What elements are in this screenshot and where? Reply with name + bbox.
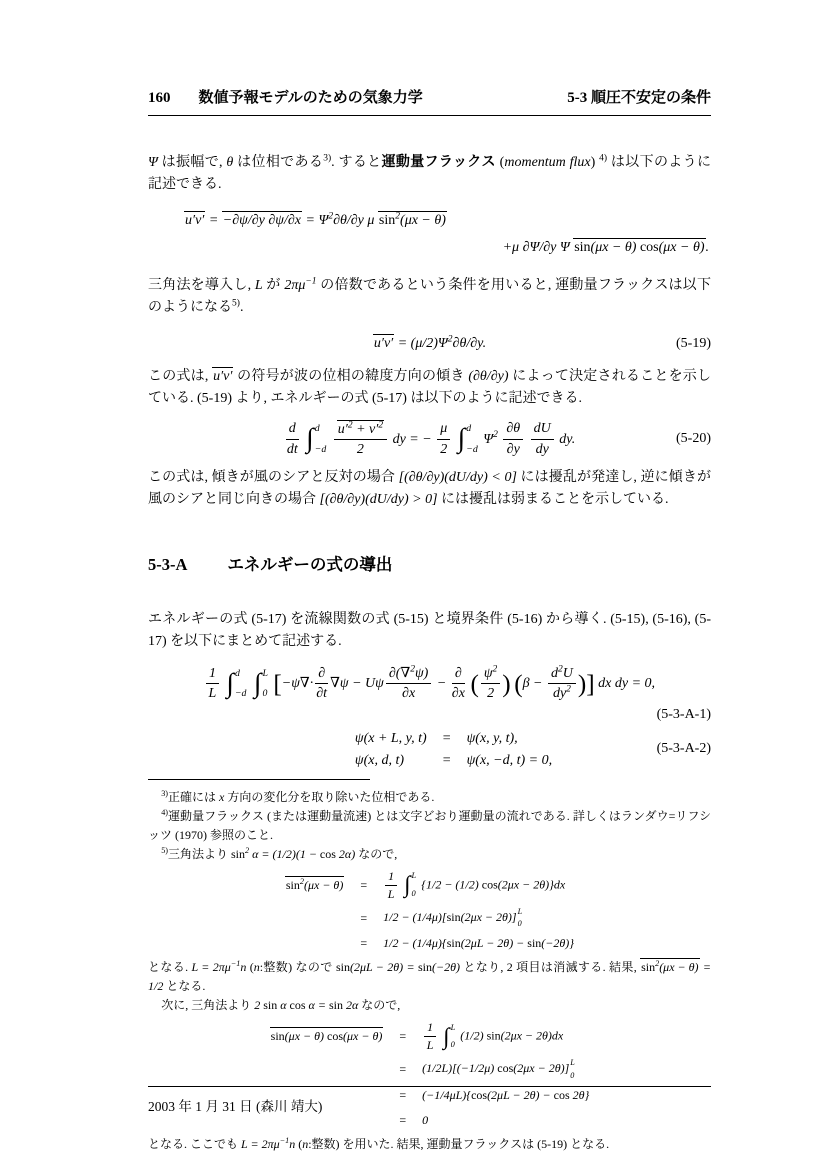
equation-5-3-A-2: ψ(x + L, y, t) = ψ(x, y, t), ψ(x, d, t) …	[148, 731, 711, 769]
equation-line-1: u′v′ = −∂ψ/∂y ∂ψ/∂x = Ψ2∂θ/∂y μ sin2(μx …	[148, 208, 711, 235]
paragraph-shear-interpretation: この式は, 傾きが風のシアと反対の場合 [(∂θ/∂y)(dU/dy) < 0]…	[148, 467, 711, 511]
equals-sign: =	[360, 876, 367, 895]
eq-rhs: 1/2 − (1/4μ)[sin(2μx − 2θ)]L0	[383, 908, 522, 928]
footnote-5-text-3: 次に, 三角法より 2 sin α cos α = sin 2α なので,	[148, 996, 711, 1015]
equation-5-20-body: ddt ∫d−d u′2 + v′22 dy = − μ2 ∫d−d Ψ2 ∂θ…	[148, 420, 711, 459]
section-heading: 5-3-A エネルギーの式の導出	[148, 551, 711, 575]
eq-lhs: sin(μx − θ) cos(μx − θ)	[270, 1027, 384, 1046]
eq-lhs: ψ(x, d, t)	[355, 753, 404, 769]
equation-5-19: u′v′ = (μ/2)Ψ2∂θ/∂y. (5-19)	[148, 333, 711, 355]
footnote-4: 4)運動量フラックス (または運動量流速) とは文字どおり運動量の流れである. …	[148, 807, 711, 845]
header-chapter-title: 数値予報モデルのための気象力学	[199, 86, 423, 107]
eq-rhs: 1/2 − (1/4μ){sin(2μL − 2θ) − sin(−2θ)}	[383, 934, 574, 953]
eq-rhs: 1L ∫L0 {1/2 − (1/2) cos(2μx − 2θ)}dx	[383, 869, 565, 902]
fn5-eq1-rows: sin2(μx − θ) = 1L ∫L0 {1/2 − (1/2) cos(2…	[148, 869, 711, 953]
page-footer: 2003 年 1 月 31 日 (森川 靖大)	[148, 1086, 711, 1115]
equals-sign: =	[443, 731, 451, 747]
paragraph-intro: Ψ は振幅で, θ は位相である3). すると運動量フラックス (momentu…	[148, 152, 711, 196]
equation-line-2: +μ ∂Ψ/∂y Ψ sin(μx − θ) cos(μx − θ).	[148, 235, 711, 262]
equation-number-5-19: (5-19)	[676, 336, 711, 352]
paragraph-derivation-intro: エネルギーの式 (5-17) を流線関数の式 (5-15) と境界条件 (5-1…	[148, 609, 711, 653]
equation-5-3-A-1: 1L ∫d−d ∫L0 [−ψ∇·∂∂t∇ψ − Uψ∂(∇2ψ)∂x − ∂∂…	[148, 665, 711, 703]
equals-sign: =	[399, 1027, 406, 1046]
page-content: 160 数値予報モデルのための気象力学 5-3 順圧不安定の条件 Ψ は振幅で,…	[148, 0, 711, 1154]
header-left: 160 数値予報モデルのための気象力学	[148, 86, 423, 107]
equals-sign: =	[360, 934, 367, 953]
running-header: 160 数値予報モデルのための気象力学 5-3 順圧不安定の条件	[148, 86, 711, 116]
equation-5-19-body: u′v′ = (μ/2)Ψ2∂θ/∂y.	[148, 333, 711, 355]
footer-date-author: 2003 年 1 月 31 日 (森川 靖大)	[148, 1099, 322, 1114]
section-title: エネルギーの式の導出	[227, 551, 392, 575]
page-number: 160	[148, 90, 171, 107]
footnote-5-text-2: となる. L = 2πμ−1n (n:整数) なので sin(2μL − 2θ)…	[148, 958, 711, 996]
footnote-5-derivation-1: sin2(μx − θ) = 1L ∫L0 {1/2 − (1/2) cos(2…	[148, 869, 711, 953]
section-number: 5-3-A	[148, 555, 187, 575]
equals-sign: =	[399, 1060, 406, 1079]
eq-rhs: 1L ∫L0 (1/2) sin(2μx − 2θ)dx	[422, 1020, 563, 1053]
equals-sign: =	[443, 753, 451, 769]
footnote-rule	[148, 779, 370, 780]
footnote-5-intro: 5)三角法より sin2 α = (1/2)(1 − cos 2α) なので,	[148, 845, 711, 864]
eq-rhs: ψ(x, y, t),	[467, 731, 518, 747]
eq-rhs: (1/2L)[(−1/2μ) cos(2μx − 2θ)]L0	[422, 1059, 575, 1079]
equation-number-5-20: (5-20)	[676, 431, 711, 447]
equation-5-20: ddt ∫d−d u′2 + v′22 dy = − μ2 ∫d−d Ψ2 ∂θ…	[148, 420, 711, 459]
equation-momentum-flux: u′v′ = −∂ψ/∂y ∂ψ/∂x = Ψ2∂θ/∂y μ sin2(μx …	[148, 208, 711, 261]
footnote-3: 3)正確には x 方向の変化分を取り除いた位相である.	[148, 788, 711, 807]
equation-number-5-3-A-2: (5-3-A-2)	[657, 741, 711, 757]
paragraph-trig-condition: 三角法を導入し, L が 2πμ−1 の倍数であるという条件を用いると, 運動量…	[148, 275, 711, 319]
eq-lhs: sin2(μx − θ)	[285, 876, 344, 895]
footnote-5-text-4: となる. ここでも L = 2πμ−1n (n:整数) を用いた. 結果, 運動…	[148, 1135, 711, 1154]
equation-5-3-A-2-rows: ψ(x + L, y, t) = ψ(x, y, t), ψ(x, d, t) …	[148, 731, 711, 769]
equation-5-3-A-1-body: 1L ∫d−d ∫L0 [−ψ∇·∂∂t∇ψ − Uψ∂(∇2ψ)∂x − ∂∂…	[148, 665, 711, 703]
eq-rhs: ψ(x, −d, t) = 0,	[467, 753, 553, 769]
equation-number-5-3-A-1: (5-3-A-1)	[148, 707, 711, 723]
eq-lhs: ψ(x + L, y, t)	[355, 731, 427, 747]
paragraph-sign-interpretation: この式は, u′v′ の符号が波の位相の緯度方向の傾き (∂θ/∂y) によって…	[148, 366, 711, 410]
equals-sign: =	[360, 909, 367, 928]
header-section-title: 5-3 順圧不安定の条件	[567, 86, 711, 107]
